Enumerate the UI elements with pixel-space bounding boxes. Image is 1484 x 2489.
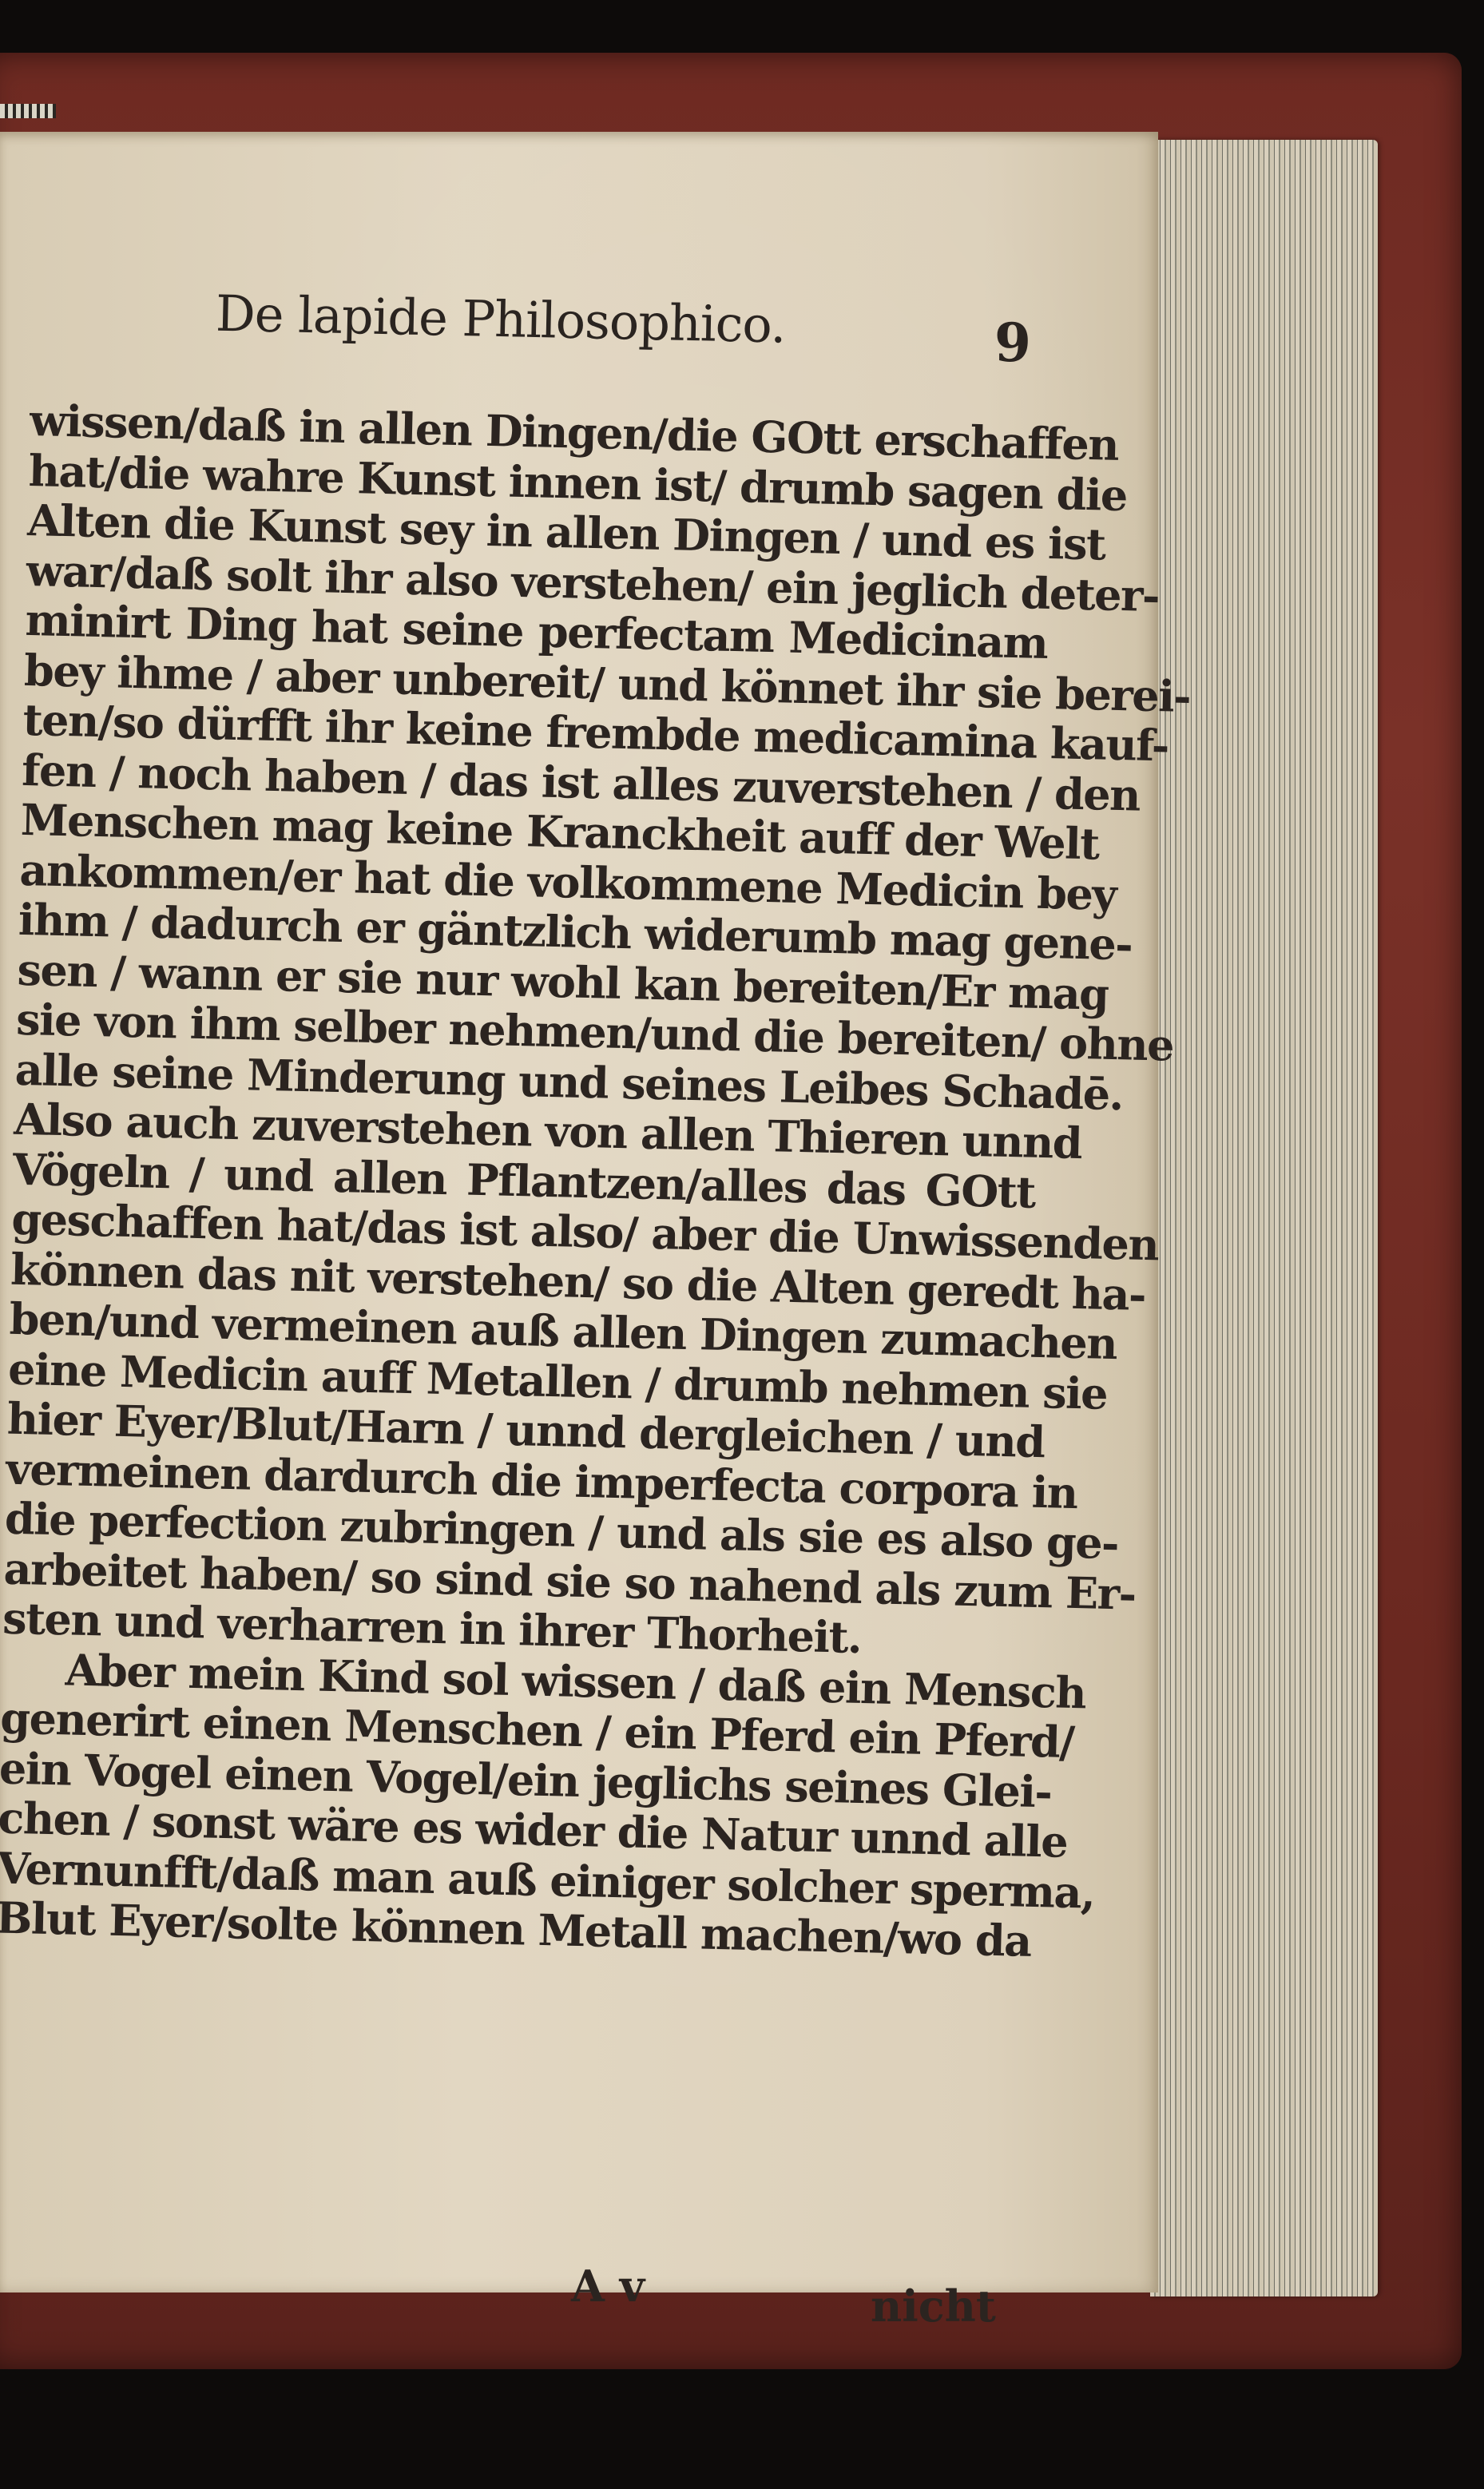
page-fore-edge-stack [1150,140,1378,2296]
running-head: De lapide Philosophico. [215,284,934,358]
book-page: De lapide Philosophico. 9 wissen/daß in … [0,132,1158,2292]
headband [0,104,56,118]
signature-mark: A v [571,2261,645,2312]
catchword: nicht [871,2281,996,2332]
page-number: 9 [994,312,1031,374]
body-text: wissen/daß in allen Dingen/die GOtt ersc… [0,395,1053,1966]
